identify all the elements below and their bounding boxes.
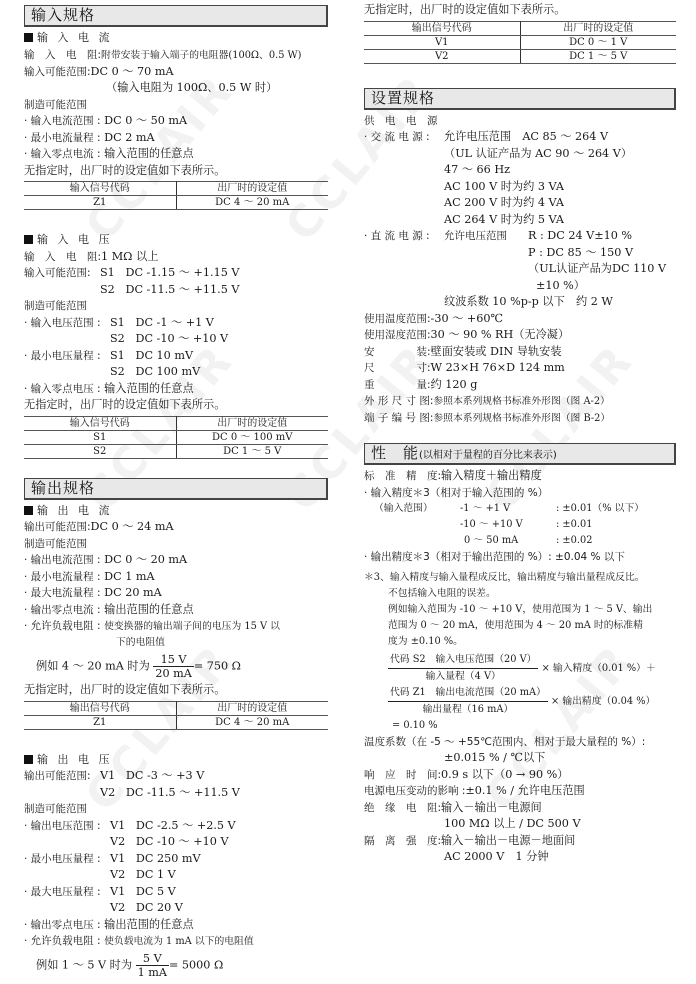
dc-power-line: ±10 %） (364, 278, 676, 295)
table-row: Z1DC 4 ～ 20 mA (24, 196, 328, 210)
value: 使负载电流为 1 mA 以下的电阻值 (104, 936, 254, 947)
fraction: 5 V1 mA (136, 952, 169, 979)
power-heading: 供 电 电 源 (364, 113, 676, 130)
value: DC 250 mV (136, 852, 201, 865)
value: 使变换器的输出端子间的电压为 15 V 以 (104, 621, 280, 632)
load-resistance-row: · 允许负载电阻 : 使变换器的输出端子间的电压为 15 V 以 (24, 618, 328, 635)
ripple-line: 纹波系数 10 %p-p 以下 约 2 W (364, 294, 676, 311)
value: DC -3 ～ +3 V (126, 769, 204, 782)
value: 壁面安装或 DIN 导轨安装 (431, 345, 562, 358)
value: DC 1 V (136, 868, 176, 881)
code: V1 (110, 819, 125, 832)
footnote-line: 度为 ±0.10 %。 (364, 634, 676, 650)
std-accuracy-row: 标 准 精 度:输入精度＋输出精度 (364, 468, 676, 485)
default-note: 无指定时，出厂时的设定值如下表所示。 (24, 682, 328, 699)
label: 绝 缘 电 阻: (364, 800, 441, 817)
table-cell: DC 0 ～ 1 V (520, 35, 676, 49)
value: DC 0 ～ 24 mA (91, 520, 174, 533)
value: W 23×H 76×D 124 mm (431, 361, 565, 374)
dc-power-line: （UL认证产品为DC 110 V (364, 261, 676, 278)
min-span-row: · 最小电压量程 :V1 DC 250 mV (24, 851, 328, 868)
default-note: 无指定时，出厂时的设定值如下表所示。 (24, 163, 328, 180)
footnote-line: 例如输入范围为 -10 ～ +10 V，使用范围为 1 ～ 5 V、输出 (364, 602, 676, 618)
label: · 输出零点电压 : (24, 917, 101, 934)
ac-power-line: （UL 认证产品为 AC 90 ～ 264 V） (364, 146, 676, 163)
value: 输入范围的任意点 (104, 382, 194, 395)
label: · 输入电流范围 : (24, 113, 101, 130)
mfg-item: · 输出零点电流 : 输出范围的任意点 (24, 602, 328, 619)
table-cell: Z1 (24, 715, 176, 729)
formula-row: 代码 S2 输入电压范围（20 V）输入量程（4 V） × 输入精度（0.01 … (364, 652, 676, 685)
table-header: 出厂时的设定值 (176, 416, 328, 430)
spec-row: 外 形 尺 寸 图:参照本系列规格书标准外形图（图 A-2） (364, 393, 676, 410)
subheading-output-current: 输 出 电 流 (24, 503, 328, 520)
label: 输出可能范围: (24, 519, 91, 536)
mfg-item: · 输出电流范围 : DC 0 ～ 20 mA (24, 552, 328, 569)
table-header: 输出信号代码 (24, 701, 176, 715)
temp-coeff-value: ±0.015 % / ℃以下 (364, 750, 676, 767)
input-accuracy-row: -10 ～ +10 V: ±0.01 (364, 517, 676, 533)
label: · 最小电流量程 : (24, 569, 101, 586)
table-header-row: 输出信号代码出厂时的设定值 (364, 21, 676, 35)
numerator: 代码 Z1 输出电流范围（20 mA） (388, 685, 548, 702)
input-voltage-default-table: 输入信号代码出厂时的设定值 S1DC 0 ～ 100 mV S2DC 1 ～ 5… (24, 416, 328, 459)
value: DC -1.15 ～ +1.15 V (125, 266, 239, 279)
code: V2 (110, 868, 125, 881)
label: 输入可能范围: (24, 265, 100, 282)
mfg-item: · 最大电流量程 : DC 20 mA (24, 585, 328, 602)
code: V2 (100, 786, 115, 799)
label: · 输入电压范围 : (24, 315, 110, 332)
section-header-output-spec: 输出规格 (24, 478, 328, 500)
code: S2 (100, 283, 115, 296)
formula-result: = 0.10 % (364, 718, 676, 734)
table-header-row: 输入信号代码出厂时的设定值 (24, 182, 328, 196)
numerator: 5 V (136, 952, 169, 966)
mfg-item: · 输入零点电流 : 输入范围的任意点 (24, 146, 328, 163)
code: S1 (110, 349, 125, 362)
dc-power-line: P : DC 85 ～ 150 V (364, 245, 676, 262)
code: V2 (110, 901, 125, 914)
max-span-row: · 最大电压量程 :V1 DC 5 V (24, 884, 328, 901)
subheading-input-voltage: 输 入 电 压 (24, 232, 328, 249)
value: 约 120 g (431, 378, 478, 391)
value: 1 MΩ 以上 (101, 250, 158, 263)
value: 输入－输出－电源间 (441, 801, 542, 814)
voltage-range-row: · 输出电压范围 :V1 DC -2.5 ～ +2.5 V (24, 818, 328, 835)
table-cell: DC 4 ～ 20 mA (176, 196, 328, 210)
value: : ±0.01 (556, 519, 592, 530)
input-range-note: （输入电阻为 100Ω、0.5 W 时） (24, 80, 328, 97)
value: 输出范围的任意点 (104, 603, 194, 616)
spec-row: 使用温度范围:-30 ～ +60℃ (364, 311, 676, 328)
section-header-performance: 性 能(以相对于量程的百分比来表示) (364, 443, 676, 465)
table-header: 输出信号代码 (364, 21, 520, 35)
label: · 允许负载电阻 : (24, 618, 101, 635)
output-range-row: 输出可能范围:V1 DC -3 ～ +3 V (24, 768, 328, 785)
spec-row-cont: AC 2000 V 1 分钟 (364, 849, 676, 866)
table-cell: S1 (24, 430, 176, 444)
label: 使用温度范围: (364, 311, 431, 328)
denominator: 输出量程（16 mA） (388, 702, 548, 718)
formula-tail: × 输出精度（0.04 %） (551, 696, 655, 707)
footnote-text: 输入精度与输入量程成反比，输出精度与输出量程成反比。 (390, 572, 645, 583)
value: 输入－输出－电源－地面间 (441, 834, 575, 847)
table-header: 出厂时的设定值 (176, 182, 328, 196)
value: R : DC 24 V±10 % (528, 229, 632, 242)
table-row: V2DC 1 ～ 5 V (364, 49, 676, 63)
value: DC -11.5 ～ +11.5 V (125, 283, 239, 296)
label: 输 入 电 阻: (24, 47, 101, 64)
default-note: 无指定时，出厂时的设定值如下表所示。 (364, 2, 676, 19)
numerator: 代码 S2 输入电压范围（20 V） (388, 652, 538, 669)
min-span-row: · 最小电压量程 :S1 DC 10 mV (24, 348, 328, 365)
label: · 输入零点电流 : (24, 146, 101, 163)
square-bullet-icon (24, 235, 33, 244)
input-current-default-table: 输入信号代码出厂时的设定值 Z1DC 4 ～ 20 mA (24, 181, 328, 210)
value: 允许电压范围 AC 85 ～ 264 V (444, 130, 608, 143)
fraction: 代码 S2 输入电压范围（20 V）输入量程（4 V） (388, 652, 538, 685)
value: DC 100 mV (135, 365, 200, 378)
table-header: 输入信号代码 (24, 416, 176, 430)
subheading-text: 输 入 电 流 (37, 31, 113, 44)
ac-power-row: · 交 流 电 源 :允许电压范围 AC 85 ～ 264 V (364, 129, 676, 146)
label: 外 形 尺 寸 图: (364, 393, 433, 410)
table-cell: DC 1 ～ 5 V (176, 444, 328, 458)
example-result: = 750 Ω (194, 660, 241, 673)
label: · 输出电流范围 : (24, 552, 101, 569)
input-resistance-row: 输 入 电 阻:附带安装于输入端子的电阻器(100Ω、0.5 W) (24, 47, 328, 64)
label: · 交 流 电 源 : (364, 129, 444, 146)
value: 输入精度＋输出精度 (441, 469, 542, 482)
table-cell: DC 4 ～ 20 mA (176, 715, 328, 729)
code: V1 (110, 885, 125, 898)
output-current-default-table: 输出信号代码出厂时的设定值 Z1DC 4 ～ 20 mA (24, 701, 328, 730)
example-prefix: 例如 4 ～ 20 mA 时为 (36, 660, 150, 673)
example-result: = 5000 Ω (169, 959, 223, 972)
label: 输出可能范围: (24, 768, 100, 785)
value: DC -11.5 ～ +11.5 V (126, 786, 240, 799)
code: S1 (110, 316, 125, 329)
value: 输出范围的任意点 (104, 918, 194, 931)
table-cell: DC 1 ～ 5 V (520, 49, 676, 63)
footnote-mark: ＊3、 (364, 572, 390, 583)
square-bullet-icon (24, 755, 33, 764)
table-cell: V2 (364, 49, 520, 63)
label: 响 应 时 间: (364, 767, 441, 784)
input-range-row: 输入可能范围:DC 0 ～ 70 mA (24, 64, 328, 81)
right-column: 无指定时，出厂时的设定值如下表所示。 输出信号代码出厂时的设定值 V1DC 0 … (364, 2, 676, 866)
input-range-row: 输入可能范围:S1 DC -1.15 ～ +1.15 V (24, 265, 328, 282)
table-header: 输入信号代码 (24, 182, 176, 196)
value: DC 0 ～ 70 mA (91, 65, 174, 78)
code: V2 (110, 835, 125, 848)
table-row: V1DC 0 ～ 1 V (364, 35, 676, 49)
load-resistance-cont: 下的电阻值 (24, 635, 328, 651)
input-range-row: S2 DC -11.5 ～ +11.5 V (24, 282, 328, 299)
label: 输入可能范围: (24, 64, 91, 81)
spec-row: 响 应 时 间:0.9 s 以下（0 → 90 %） (364, 767, 676, 784)
temp-coeff-row: 温度系数（在 -5 ～ +55℃范围内、相对于最大量程的 %）: (364, 734, 676, 751)
input-accuracy-row: 0 ～ 50 mA: ±0.02 (364, 533, 676, 549)
spec-row: 重 量:约 120 g (364, 377, 676, 394)
value: DC 0 ～ 50 mA (104, 114, 187, 127)
spec-row: 尺 寸:W 23×H 76×D 124 mm (364, 360, 676, 377)
table-header-row: 输出信号代码出厂时的设定值 (24, 701, 328, 715)
load-example: 例如 4 ～ 20 mA 时为 15 V20 mA= 750 Ω (24, 653, 328, 680)
output-range-row: V2 DC -11.5 ～ +11.5 V (24, 785, 328, 802)
dc-power-row: · 直 流 电 源 :允许电压范围R : DC 24 V±10 % (364, 228, 676, 245)
section-header-input-spec: 输入规格 (24, 5, 328, 27)
value: 30 ～ 90 % RH（无冷凝） (431, 328, 570, 341)
label: （输入范围） (364, 501, 460, 517)
value: DC 0 ～ 20 mA (104, 553, 187, 566)
footnote-line: 不包括输入电阻的误差。 (364, 586, 676, 602)
input-accuracy-row: （输入范围）-1 ～ +1 V: ±0.01（% 以下） (364, 501, 676, 517)
footnote-3: ＊3、输入精度与输入量程成反比，输出精度与输出量程成反比。 (364, 570, 676, 586)
range: -1 ～ +1 V (460, 501, 556, 517)
ac-power-line: AC 200 V 时为约 4 VA (364, 195, 676, 212)
label: 使用湿度范围: (364, 327, 431, 344)
table-header-row: 输入信号代码出厂时的设定值 (24, 416, 328, 430)
label: 标 准 精 度: (364, 468, 441, 485)
square-bullet-icon (24, 506, 33, 515)
code: S2 (110, 365, 125, 378)
label: 端 子 编 号 图: (364, 410, 433, 427)
voltage-range-row: · 输入电压范围 :S1 DC -1 ～ +1 V (24, 315, 328, 332)
subheading-output-voltage: 输 出 电 压 (24, 752, 328, 769)
spec-row: 隔 离 强 度:输入－输出－电源－地面间 (364, 833, 676, 850)
table-cell: DC 0 ～ 100 mV (176, 430, 328, 444)
table-header: 出厂时的设定值 (520, 21, 676, 35)
load-example: 例如 1 ～ 5 V 时为 5 V1 mA= 5000 Ω (24, 952, 328, 979)
subheading-input-current: 输 入 电 流 (24, 30, 328, 47)
range: 0 ～ 50 mA (464, 533, 556, 549)
denominator: 1 mA (136, 966, 169, 979)
value: 附带安装于输入端子的电阻器(100Ω、0.5 W) (101, 50, 301, 61)
table-cell: S2 (24, 444, 176, 458)
min-span-row: V2 DC 1 V (24, 867, 328, 884)
input-accuracy-heading: · 输入精度＊3（相对于输入范围的 %） (364, 485, 676, 502)
zero-row: · 输出零点电压 : 输出范围的任意点 (24, 917, 328, 934)
ac-power-line: AC 100 V 时为约 3 VA (364, 179, 676, 196)
zero-row: · 输入零点电压 : 输入范围的任意点 (24, 381, 328, 398)
square-bullet-icon (24, 33, 33, 42)
mfg-range-heading: 制造可能范围 (24, 97, 328, 114)
label: 输 入 电 阻: (24, 249, 101, 266)
label: 重 量: (364, 377, 431, 394)
code: V1 (100, 769, 115, 782)
output-voltage-default-table: 输出信号代码出厂时的设定值 V1DC 0 ～ 1 V V2DC 1 ～ 5 V (364, 21, 676, 64)
table-cell: Z1 (24, 196, 176, 210)
load-resistance-row: · 允许负载电阻 : 使负载电流为 1 mA 以下的电阻值 (24, 933, 328, 950)
mfg-range-heading: 制造可能范围 (24, 536, 328, 553)
range: -10 ～ +10 V (460, 517, 556, 533)
value: DC -1 ～ +1 V (135, 316, 213, 329)
ac-power-line: AC 264 V 时为约 5 VA (364, 212, 676, 229)
value: DC -10 ～ +10 V (136, 835, 229, 848)
footnote-line: 范围为 0 ～ 20 mA，使用范围为 4 ～ 20 mA 时的标准精 (364, 618, 676, 634)
label: 电源电压变动的影响 : (364, 783, 465, 800)
min-span-row: S2 DC 100 mV (24, 364, 328, 381)
section-title: 性 能 (371, 444, 419, 462)
label: 尺 寸: (364, 360, 431, 377)
label: · 最小电压量程 : (24, 348, 110, 365)
input-resistance-row: 输 入 电 阻:1 MΩ 以上 (24, 249, 328, 266)
value: ±0.1 % / 允许电压范围 (465, 784, 584, 797)
label: · 直 流 电 源 : (364, 228, 444, 245)
table-row: S2DC 1 ～ 5 V (24, 444, 328, 458)
spec-row-cont: 100 MΩ 以上 / DC 500 V (364, 816, 676, 833)
voltage-range-row: V2 DC -10 ～ +10 V (24, 834, 328, 851)
denominator: 20 mA (153, 667, 193, 680)
spec-row: 端 子 编 号 图:参照本系列规格书标准外形图（图 B-2） (364, 410, 676, 427)
denominator: 输入量程（4 V） (388, 669, 538, 685)
spec-row: 绝 缘 电 阻:输入－输出－电源间 (364, 800, 676, 817)
value: 0.9 s 以下（0 → 90 %） (441, 768, 568, 781)
value: -30 ～ +60℃ (431, 312, 503, 325)
example-prefix: 例如 1 ～ 5 V 时为 (36, 959, 132, 972)
formula-tail: × 输入精度（0.01 %）＋ (542, 663, 656, 674)
mfg-item: · 最小电流量程 : DC 2 mA (24, 130, 328, 147)
section-subtitle: (以相对于量程的百分比来表示) (419, 450, 557, 461)
value: 允许电压范围 (444, 228, 528, 245)
value: DC 10 mV (135, 349, 193, 362)
value: DC 1 mA (104, 570, 154, 583)
table-header: 出厂时的设定值 (176, 701, 328, 715)
table-cell: V1 (364, 35, 520, 49)
code: V1 (110, 852, 125, 865)
value: 输入范围的任意点 (104, 147, 194, 160)
mfg-item: · 输入电流范围 : DC 0 ～ 50 mA (24, 113, 328, 130)
label: · 允许负载电阻 : (24, 933, 101, 950)
numerator: 15 V (153, 653, 193, 667)
label: · 最大电流量程 : (24, 585, 101, 602)
fraction: 15 V20 mA (153, 653, 193, 680)
label: 隔 离 强 度: (364, 833, 441, 850)
mfg-range-heading: 制造可能范围 (24, 801, 328, 818)
label: 安 装: (364, 344, 431, 361)
fraction: 代码 Z1 输出电流范围（20 mA）输出量程（16 mA） (388, 685, 548, 718)
spec-row: 安 装:壁面安装或 DIN 导轨安装 (364, 344, 676, 361)
table-row: S1DC 0 ～ 100 mV (24, 430, 328, 444)
label: · 最小电压量程 : (24, 851, 110, 868)
value: DC 5 V (136, 885, 176, 898)
code: S2 (110, 332, 125, 345)
ac-power-line: 47 ～ 66 Hz (364, 162, 676, 179)
value: DC 20 V (136, 901, 183, 914)
spec-row: 电源电压变动的影响 :±0.1 % / 允许电压范围 (364, 783, 676, 800)
value: DC -10 ～ +10 V (135, 332, 228, 345)
label: · 输出电压范围 : (24, 818, 110, 835)
label: · 最小电流量程 : (24, 130, 101, 147)
output-accuracy-row: · 输出精度＊3（相对于输出范围的 %）: ±0.04 % 以下 (364, 549, 676, 566)
code: S1 (100, 266, 115, 279)
value: : ±0.01（% 以下） (556, 503, 644, 514)
mfg-range-heading: 制造可能范围 (24, 298, 328, 315)
value: : ±0.02 (556, 535, 592, 546)
table-row: Z1DC 4 ～ 20 mA (24, 715, 328, 729)
subheading-text: 输 入 电 压 (37, 233, 113, 246)
label: · 输出零点电流 : (24, 602, 101, 619)
voltage-range-row: S2 DC -10 ～ +10 V (24, 331, 328, 348)
label: · 最大电压量程 : (24, 884, 110, 901)
max-span-row: V2 DC 20 V (24, 900, 328, 917)
left-column: 输入规格 输 入 电 流 输 入 电 阻:附带安装于输入端子的电阻器(100Ω、… (24, 5, 328, 979)
subheading-text: 输 出 电 压 (37, 753, 113, 766)
value: DC 2 mA (104, 131, 154, 144)
value: DC -2.5 ～ +2.5 V (136, 819, 236, 832)
formula-row: 代码 Z1 输出电流范围（20 mA）输出量程（16 mA） × 输出精度（0.… (364, 685, 676, 718)
subheading-text: 输 出 电 流 (37, 504, 113, 517)
default-note: 无指定时，出厂时的设定值如下表所示。 (24, 397, 328, 414)
label: · 输入零点电压 : (24, 381, 101, 398)
section-header-install-spec: 设置规格 (364, 88, 676, 110)
value: DC 20 mA (104, 586, 162, 599)
spec-row: 使用湿度范围:30 ～ 90 % RH（无冷凝） (364, 327, 676, 344)
mfg-item: · 最小电流量程 : DC 1 mA (24, 569, 328, 586)
value: 参照本系列规格书标准外形图（图 B-2） (433, 413, 610, 424)
output-range-row: 输出可能范围:DC 0 ～ 24 mA (24, 519, 328, 536)
value: 参照本系列规格书标准外形图（图 A-2） (433, 396, 609, 407)
